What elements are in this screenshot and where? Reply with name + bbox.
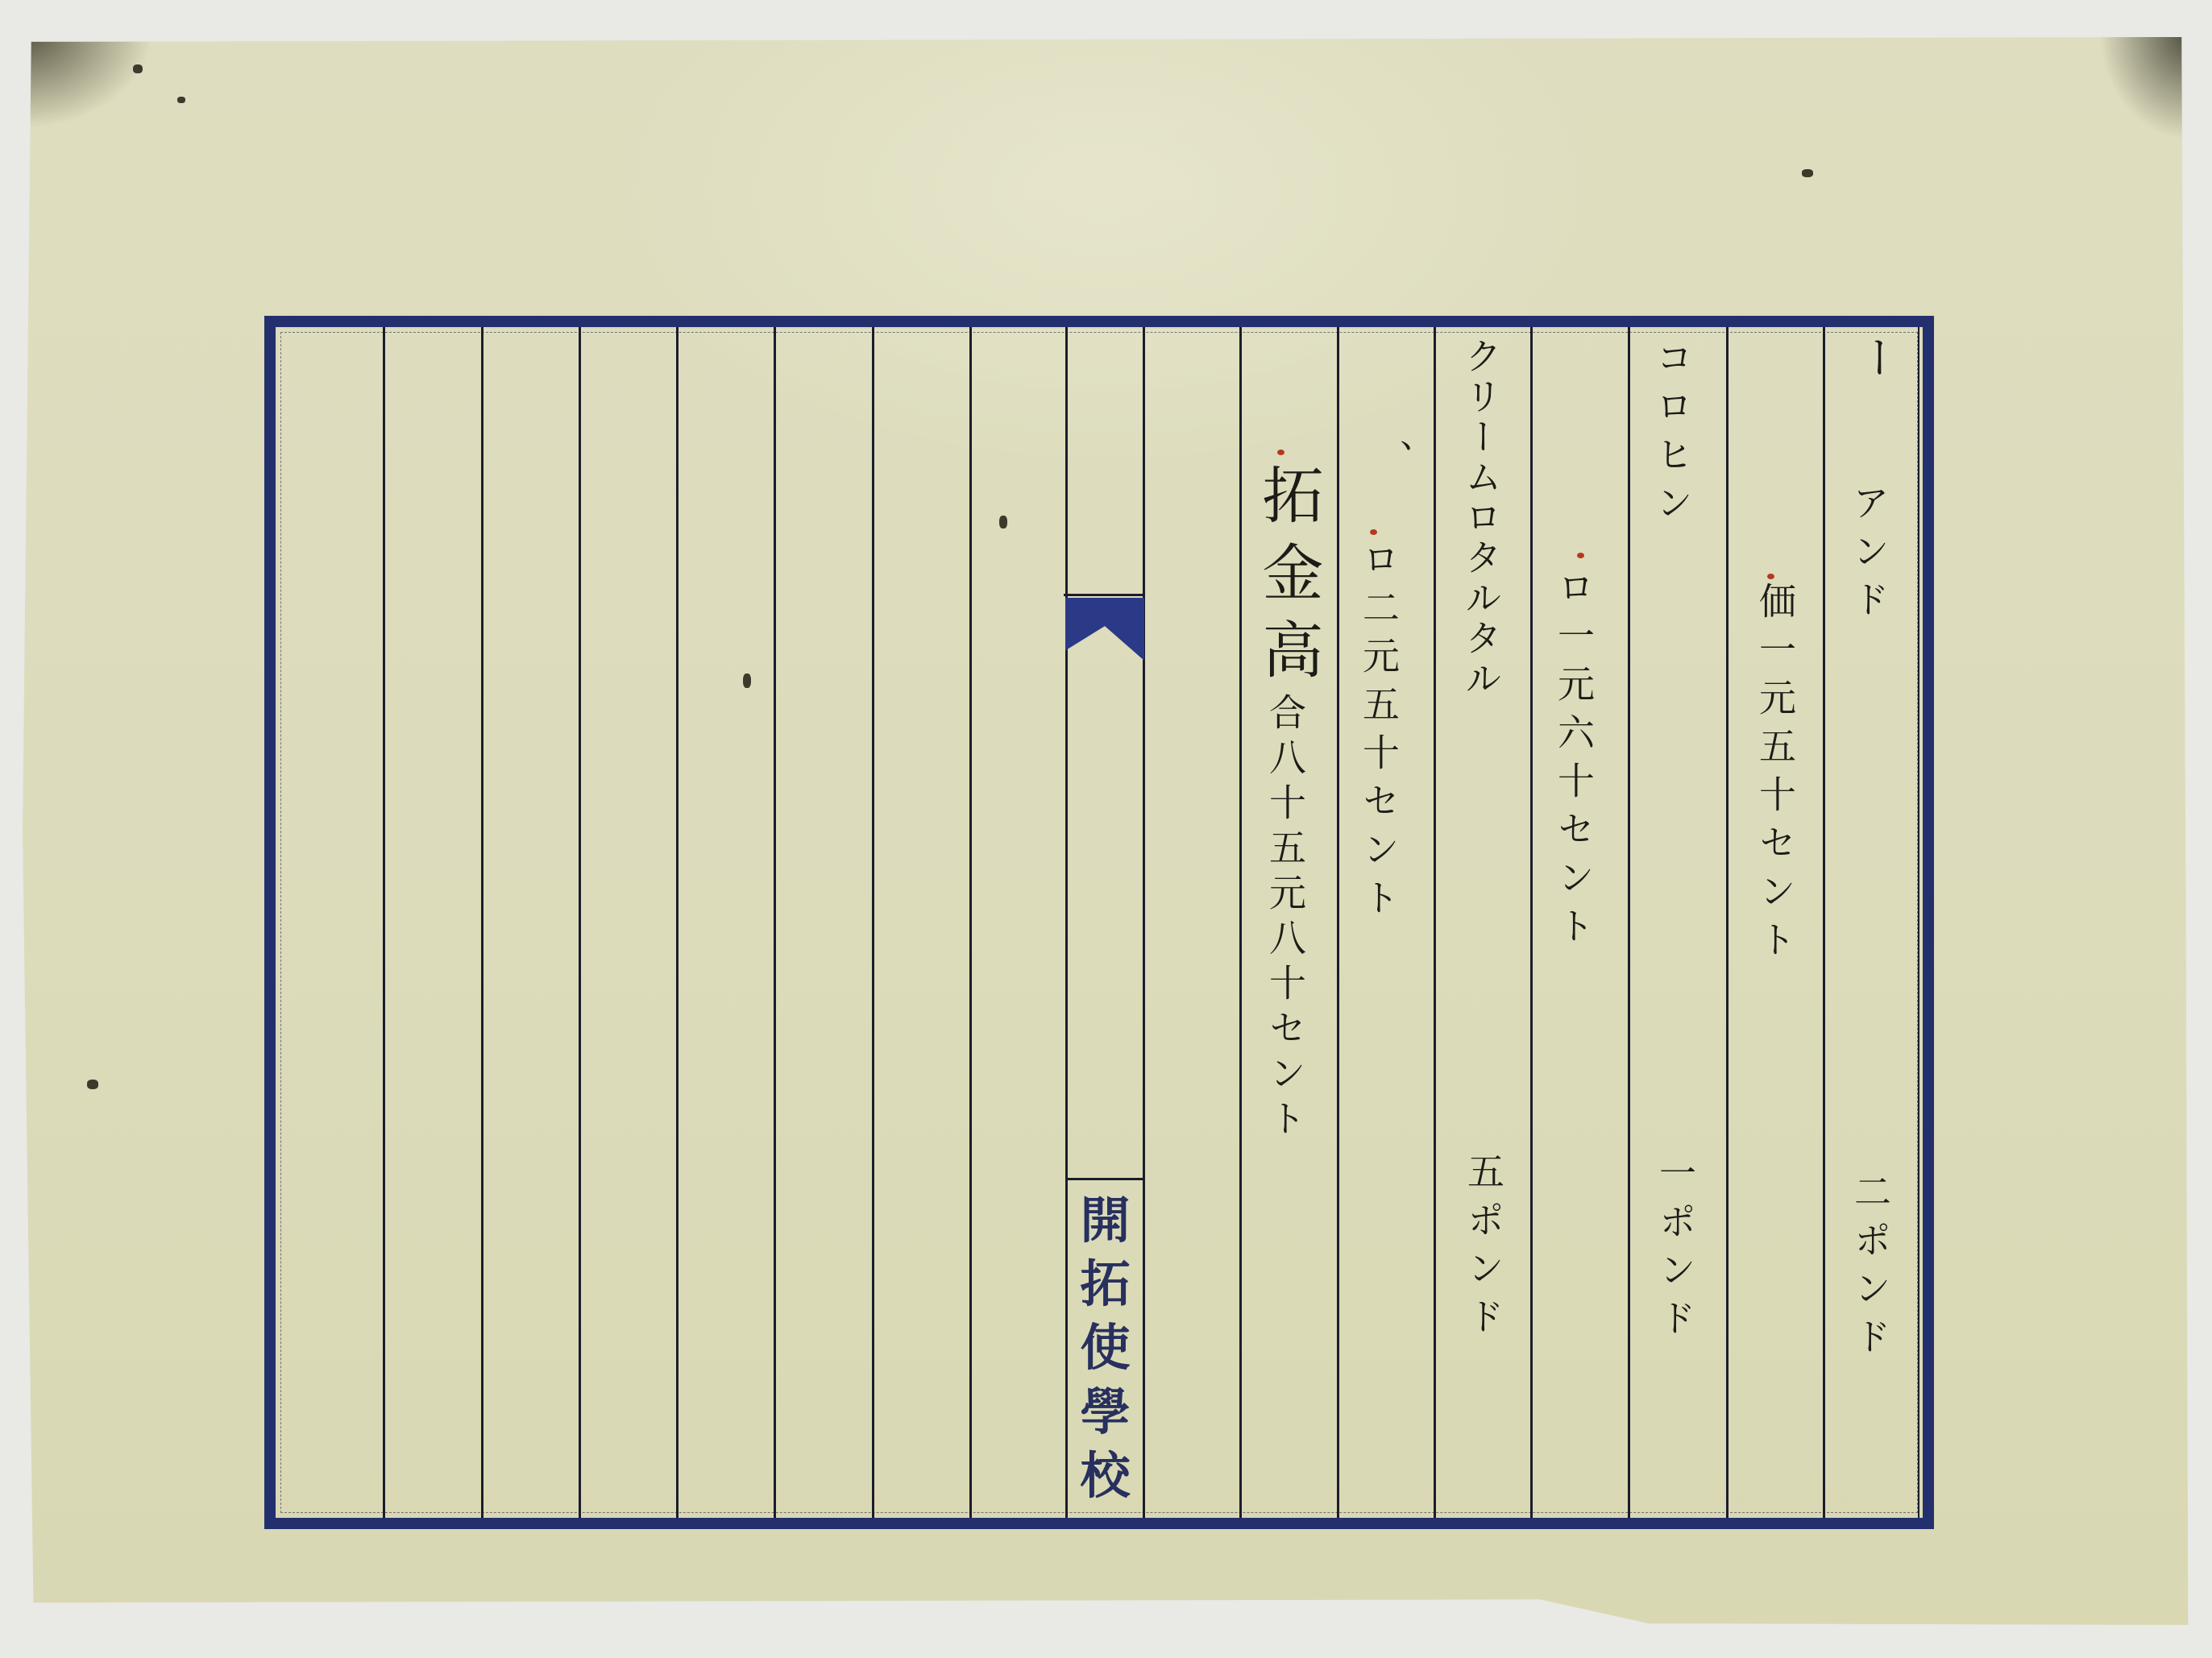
column-rule: [872, 327, 874, 1518]
column-rule: [1239, 327, 1242, 1518]
column-rule: [676, 327, 679, 1518]
stamp-char: 開: [1080, 1196, 1130, 1246]
paper-speck: [177, 97, 185, 103]
col2-price: 価一元五十セント: [1757, 582, 1794, 968]
paper-speck: [1802, 169, 1813, 177]
column-rule: [383, 327, 385, 1518]
column-rule: [1434, 327, 1436, 1518]
col1-item: アンド: [1850, 483, 1887, 628]
stamp-char: 拓: [1080, 1259, 1130, 1309]
col6-mark: 、: [1374, 439, 1411, 487]
total-value: 合八十五元八十セント: [1267, 693, 1304, 1144]
column-rule: [1823, 327, 1825, 1518]
column-rule: [774, 327, 776, 1518]
column-rule: [969, 327, 972, 1518]
column-rule: [481, 327, 483, 1518]
col1-quantity: 二ポンド: [1852, 1172, 1889, 1366]
column-rule: [1726, 327, 1729, 1518]
stamp-char: 使: [1080, 1323, 1130, 1373]
red-check-mark: [1370, 529, 1377, 535]
col3-quantity: 一ポンド: [1657, 1154, 1694, 1347]
column-rule: [1918, 327, 1919, 1518]
school-name-stamp: 開 拓 使 學 校: [1067, 1178, 1143, 1516]
paper-speck: [87, 1080, 98, 1089]
column-rule: [1628, 327, 1630, 1518]
column-rule: [579, 327, 581, 1518]
red-check-mark: [1577, 553, 1584, 558]
column-rule: [1337, 327, 1339, 1518]
red-check-mark: [1277, 450, 1284, 455]
total-label: 拓金高: [1257, 463, 1318, 695]
col3-item: コロヒン: [1654, 338, 1691, 532]
col5-quantity: 五ポンド: [1465, 1152, 1502, 1345]
col6-price: ロ二元五十セント: [1360, 540, 1397, 926]
stamp-char: 校: [1080, 1451, 1130, 1501]
col5-item: クリームロタルタル: [1463, 337, 1500, 699]
col4-price: ロ一元六十セント: [1555, 568, 1592, 955]
col1-top-mark: ー: [1853, 334, 1899, 391]
fishtail-top-line: [1064, 594, 1144, 596]
paper-speck: [133, 64, 143, 73]
column-rule: [1530, 327, 1533, 1518]
red-check-mark: [1767, 574, 1774, 579]
stamp-char: 學: [1080, 1387, 1130, 1437]
